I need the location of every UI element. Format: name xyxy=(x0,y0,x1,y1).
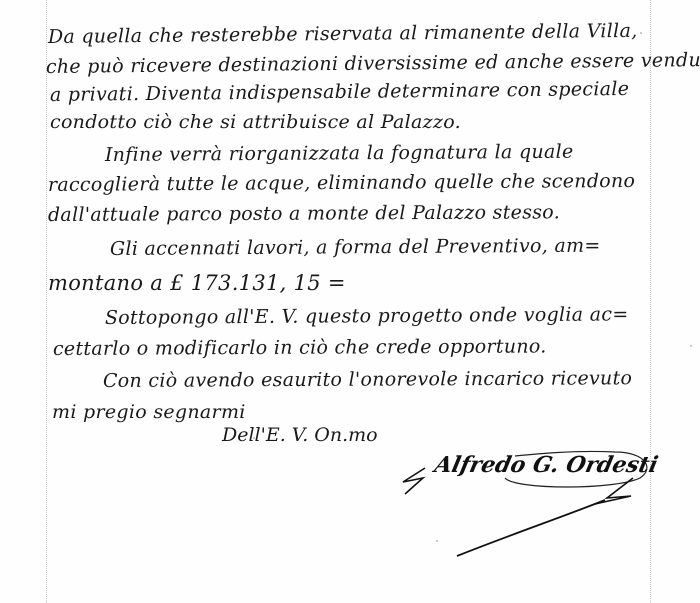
signature-name: Alfredo G. Ordesti xyxy=(432,452,660,478)
text-line-2: che può ricevere destinazioni diversissi… xyxy=(46,49,700,78)
text-line-13: mi pregio segnarmi xyxy=(52,401,246,423)
text-line-1: Da quella che resterebbe riservata al ri… xyxy=(48,20,638,48)
paper-speck xyxy=(253,437,255,439)
text-line-6: raccoglierà tutte le acque, eliminando q… xyxy=(48,170,635,196)
text-line-8: Gli accennati lavori, a forma del Preven… xyxy=(110,235,601,260)
manuscript-page: Da quella che resterebbe riservata al ri… xyxy=(0,0,700,603)
left-margin-line xyxy=(46,0,47,603)
text-line-4: condotto ciò che si attribuisce al Palaz… xyxy=(50,111,461,133)
signature: Alfredo G. Ordesti xyxy=(395,438,685,568)
text-line-7: dall'attuale parco posto a monte del Pal… xyxy=(48,201,560,226)
text-line-10: Sottopongo all'E. V. questo progetto ond… xyxy=(105,303,629,329)
text-line-3: a privati. Diventa indispensabile determ… xyxy=(50,78,630,106)
closing-formula: Dell'E. V. On.mo xyxy=(222,424,378,446)
text-line-9-amount: montano a £ 173.131, 15 = xyxy=(48,271,346,295)
paper-speck xyxy=(640,32,642,34)
text-line-11: cettarlo o modificarlo in ciò che crede … xyxy=(53,335,547,360)
paper-speck xyxy=(436,540,438,542)
text-line-12: Con ciò avendo esaurito l'onorevole inca… xyxy=(103,367,632,392)
paper-speck xyxy=(690,345,692,347)
text-line-5: Infine verrà riorganizzata la fognatura … xyxy=(105,141,574,166)
